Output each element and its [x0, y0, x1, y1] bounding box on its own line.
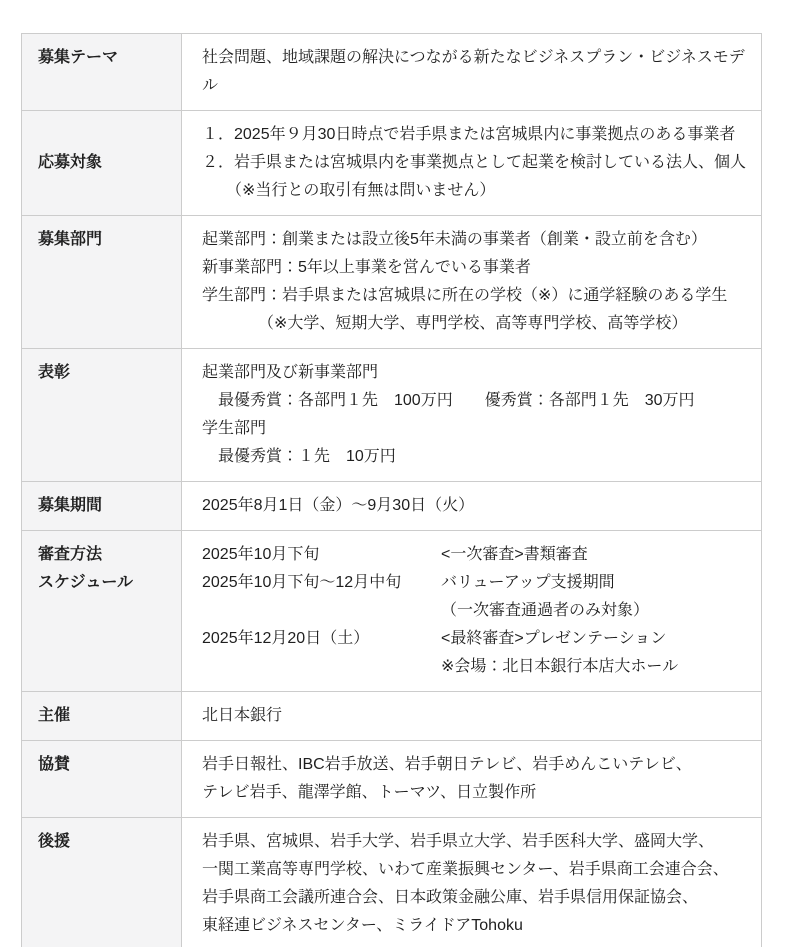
row-label-text: 審査方法 [38, 541, 173, 569]
row-content-organizer: 北日本銀行 [182, 692, 762, 741]
row-label-text: スケジュール [38, 569, 173, 597]
row-label-text: 募集部門 [38, 231, 102, 248]
row-content-theme: 社会問題、地域課題の解決につながる新たなビジネスプラン・ビジネスモデル [182, 34, 762, 111]
row-label-text: 協賛 [38, 756, 70, 773]
content-line: （一次審査通過者のみ対象） [441, 597, 747, 625]
row-label-text: 応募対象 [38, 154, 102, 171]
content-line: 北日本銀行 [202, 702, 747, 730]
row-label-screening-schedule: 審査方法 スケジュール [22, 531, 182, 692]
table-row-sponsors: 協賛 岩手日報社、IBC岩手放送、岩手朝日テレビ、岩手めんこいテレビ、 テレビ岩… [22, 741, 762, 818]
row-label-sponsors: 協賛 [22, 741, 182, 818]
table-row-period: 募集期間 2025年8月1日（金）～9月30日（火） [22, 482, 762, 531]
schedule-description: <最終審査>プレゼンテーション ※会場：北日本銀行本店大ホール [441, 625, 747, 681]
content-line: 最優秀賞：各部門１先 100万円 優秀賞：各部門１先 30万円 [202, 387, 747, 415]
content-line: 新事業部門：5年以上事業を営んでいる事業者 [202, 254, 747, 282]
row-label-text: 募集期間 [38, 497, 102, 514]
content-line: ※会場：北日本銀行本店大ホール [441, 653, 747, 681]
row-label-text: 表彰 [38, 364, 70, 381]
content-line: 一関工業高等専門学校、いわて産業振興センター、岩手県商工会連合会、 [202, 856, 747, 884]
content-line: 岩手県商工会議所連合会、日本政策金融公庫、岩手県信用保証協会、 [202, 884, 747, 912]
content-line: 岩手県、宮城県、岩手大学、岩手県立大学、岩手医科大学、盛岡大学、 [202, 828, 747, 856]
row-label-text: 募集テーマ [38, 49, 118, 66]
row-label-supporters: 後援 [22, 818, 182, 947]
content-line: バリューアップ支援期間 [441, 569, 747, 597]
row-label-organizer: 主催 [22, 692, 182, 741]
schedule-item: 2025年10月下旬 <一次審査>書類審査 [202, 541, 747, 569]
content-line: 最優秀賞：１先 10万円 [202, 443, 747, 471]
content-line: 起業部門及び新事業部門 [202, 359, 747, 387]
row-content-eligibility: １．2025年９月30日時点で岩手県または宮城県内に事業拠点のある事業者 ２．岩… [182, 111, 762, 216]
recruitment-info-section: 募集テーマ 社会問題、地域課題の解決につながる新たなビジネスプラン・ビジネスモデ… [21, 33, 762, 947]
content-line: <最終審査>プレゼンテーション [441, 625, 747, 653]
schedule-description: バリューアップ支援期間 （一次審査通過者のみ対象） [441, 569, 747, 625]
row-label-awards: 表彰 [22, 349, 182, 482]
table-row-supporters: 後援 岩手県、宮城県、岩手大学、岩手県立大学、岩手医科大学、盛岡大学、 一関工業… [22, 818, 762, 947]
row-label-text: 後援 [38, 833, 70, 850]
schedule-date: 2025年12月20日（土） [202, 625, 441, 653]
row-content-divisions: 起業部門：創業または設立後5年未満の事業者（創業・設立前を含む） 新事業部門：5… [182, 216, 762, 349]
row-content-supporters: 岩手県、宮城県、岩手大学、岩手県立大学、岩手医科大学、盛岡大学、 一関工業高等専… [182, 818, 762, 947]
recruitment-info-table: 募集テーマ 社会問題、地域課題の解決につながる新たなビジネスプラン・ビジネスモデ… [21, 33, 762, 947]
content-line: 東経連ビジネスセンター、ミライドアTohoku [202, 912, 747, 940]
row-content-sponsors: 岩手日報社、IBC岩手放送、岩手朝日テレビ、岩手めんこいテレビ、 テレビ岩手、龍… [182, 741, 762, 818]
content-line: <一次審査>書類審査 [441, 541, 747, 569]
row-content-period: 2025年8月1日（金）～9月30日（火） [182, 482, 762, 531]
content-line: 学生部門：岩手県または宮城県に所在の学校（※）に通学経験のある学生 [202, 282, 747, 310]
table-row-organizer: 主催 北日本銀行 [22, 692, 762, 741]
content-line: 起業部門：創業または設立後5年未満の事業者（創業・設立前を含む） [202, 226, 747, 254]
content-line: テレビ岩手、龍澤学館、トーマツ、日立製作所 [202, 779, 747, 807]
row-label-eligibility: 応募対象 [22, 111, 182, 216]
content-line: ２．岩手県または宮城県内を事業拠点として起業を検討している法人、個人 [202, 149, 747, 177]
table-row-awards: 表彰 起業部門及び新事業部門 最優秀賞：各部門１先 100万円 優秀賞：各部門１… [22, 349, 762, 482]
row-content-awards: 起業部門及び新事業部門 最優秀賞：各部門１先 100万円 優秀賞：各部門１先 3… [182, 349, 762, 482]
content-line: 社会問題、地域課題の解決につながる新たなビジネスプラン・ビジネスモデル [202, 44, 747, 100]
content-line: （※大学、短期大学、専門学校、高等専門学校、高等学校） [202, 310, 747, 338]
row-content-screening-schedule: 2025年10月下旬 <一次審査>書類審査 2025年10月下旬～12月中旬 バ… [182, 531, 762, 692]
row-label-text: 主催 [38, 707, 70, 724]
row-label-period: 募集期間 [22, 482, 182, 531]
schedule-description: <一次審査>書類審査 [441, 541, 747, 569]
schedule-item: 2025年10月下旬～12月中旬 バリューアップ支援期間 （一次審査通過者のみ対… [202, 569, 747, 625]
row-label-theme: 募集テーマ [22, 34, 182, 111]
schedule-item: 2025年12月20日（土） <最終審査>プレゼンテーション ※会場：北日本銀行… [202, 625, 747, 681]
content-line: 岩手日報社、IBC岩手放送、岩手朝日テレビ、岩手めんこいテレビ、 [202, 751, 747, 779]
schedule-date: 2025年10月下旬～12月中旬 [202, 569, 441, 597]
table-row-divisions: 募集部門 起業部門：創業または設立後5年未満の事業者（創業・設立前を含む） 新事… [22, 216, 762, 349]
content-line: （※当行との取引有無は問いません） [202, 177, 747, 205]
content-line: 学生部門 [202, 415, 747, 443]
table-row-eligibility: 応募対象 １．2025年９月30日時点で岩手県または宮城県内に事業拠点のある事業… [22, 111, 762, 216]
table-row-screening-schedule: 審査方法 スケジュール 2025年10月下旬 <一次審査>書類審査 2025年1… [22, 531, 762, 692]
row-label-divisions: 募集部門 [22, 216, 182, 349]
content-line: 2025年8月1日（金）～9月30日（火） [202, 492, 747, 520]
table-row-theme: 募集テーマ 社会問題、地域課題の解決につながる新たなビジネスプラン・ビジネスモデ… [22, 34, 762, 111]
content-line: １．2025年９月30日時点で岩手県または宮城県内に事業拠点のある事業者 [202, 121, 747, 149]
schedule-date: 2025年10月下旬 [202, 541, 441, 569]
